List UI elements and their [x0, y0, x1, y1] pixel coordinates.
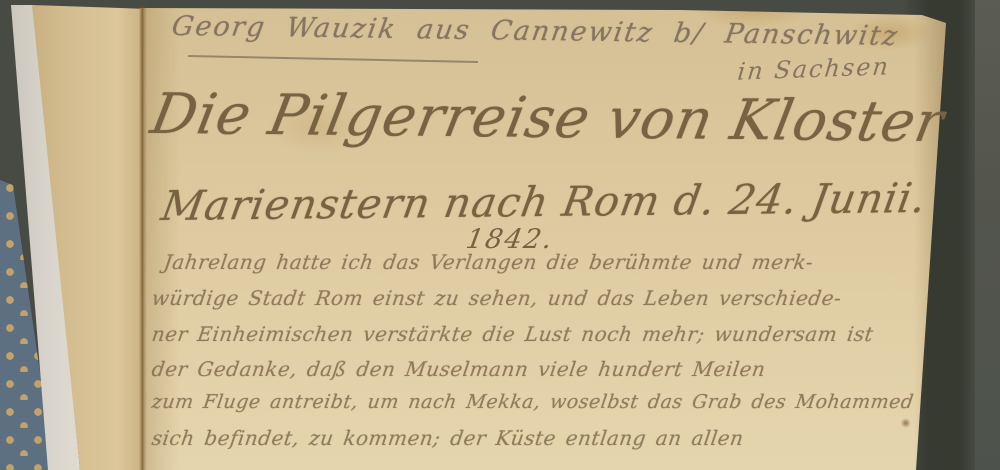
- body-text-line: zum Fluge antreibt, um nach Mekka, wosel…: [150, 391, 901, 413]
- manuscript-title-line2: Marienstern nach Rom d. 24. Junii.: [158, 174, 926, 230]
- manuscript-title-line1: Die Pilgerreise von Kloster: [146, 82, 950, 155]
- body-text-line: sich befindet, zu kommen; der Küste entl…: [150, 426, 901, 450]
- owner-inscription-line1: Georg Wauzik aus Cannewitz b/ Panschwitz: [170, 11, 915, 52]
- body-text-line: der Gedanke, daß den Muselmann viele hun…: [150, 357, 901, 381]
- owner-inscription-underline: [188, 55, 478, 63]
- handwriting-layer: Georg Wauzik aus Cannewitz b/ Panschwitz…: [0, 0, 1000, 470]
- body-text-line: Jahrelang hatte ich das Verlangen die be…: [150, 250, 901, 274]
- body-text-line: würdige Stadt Rom einst zu sehen, und da…: [150, 286, 901, 310]
- owner-inscription-line2: in Sachsen: [679, 52, 892, 87]
- photo-of-manuscript-book: Georg Wauzik aus Cannewitz b/ Panschwitz…: [0, 0, 1000, 470]
- body-text-line: ner Einheimischen verstärkte die Lust no…: [150, 322, 901, 346]
